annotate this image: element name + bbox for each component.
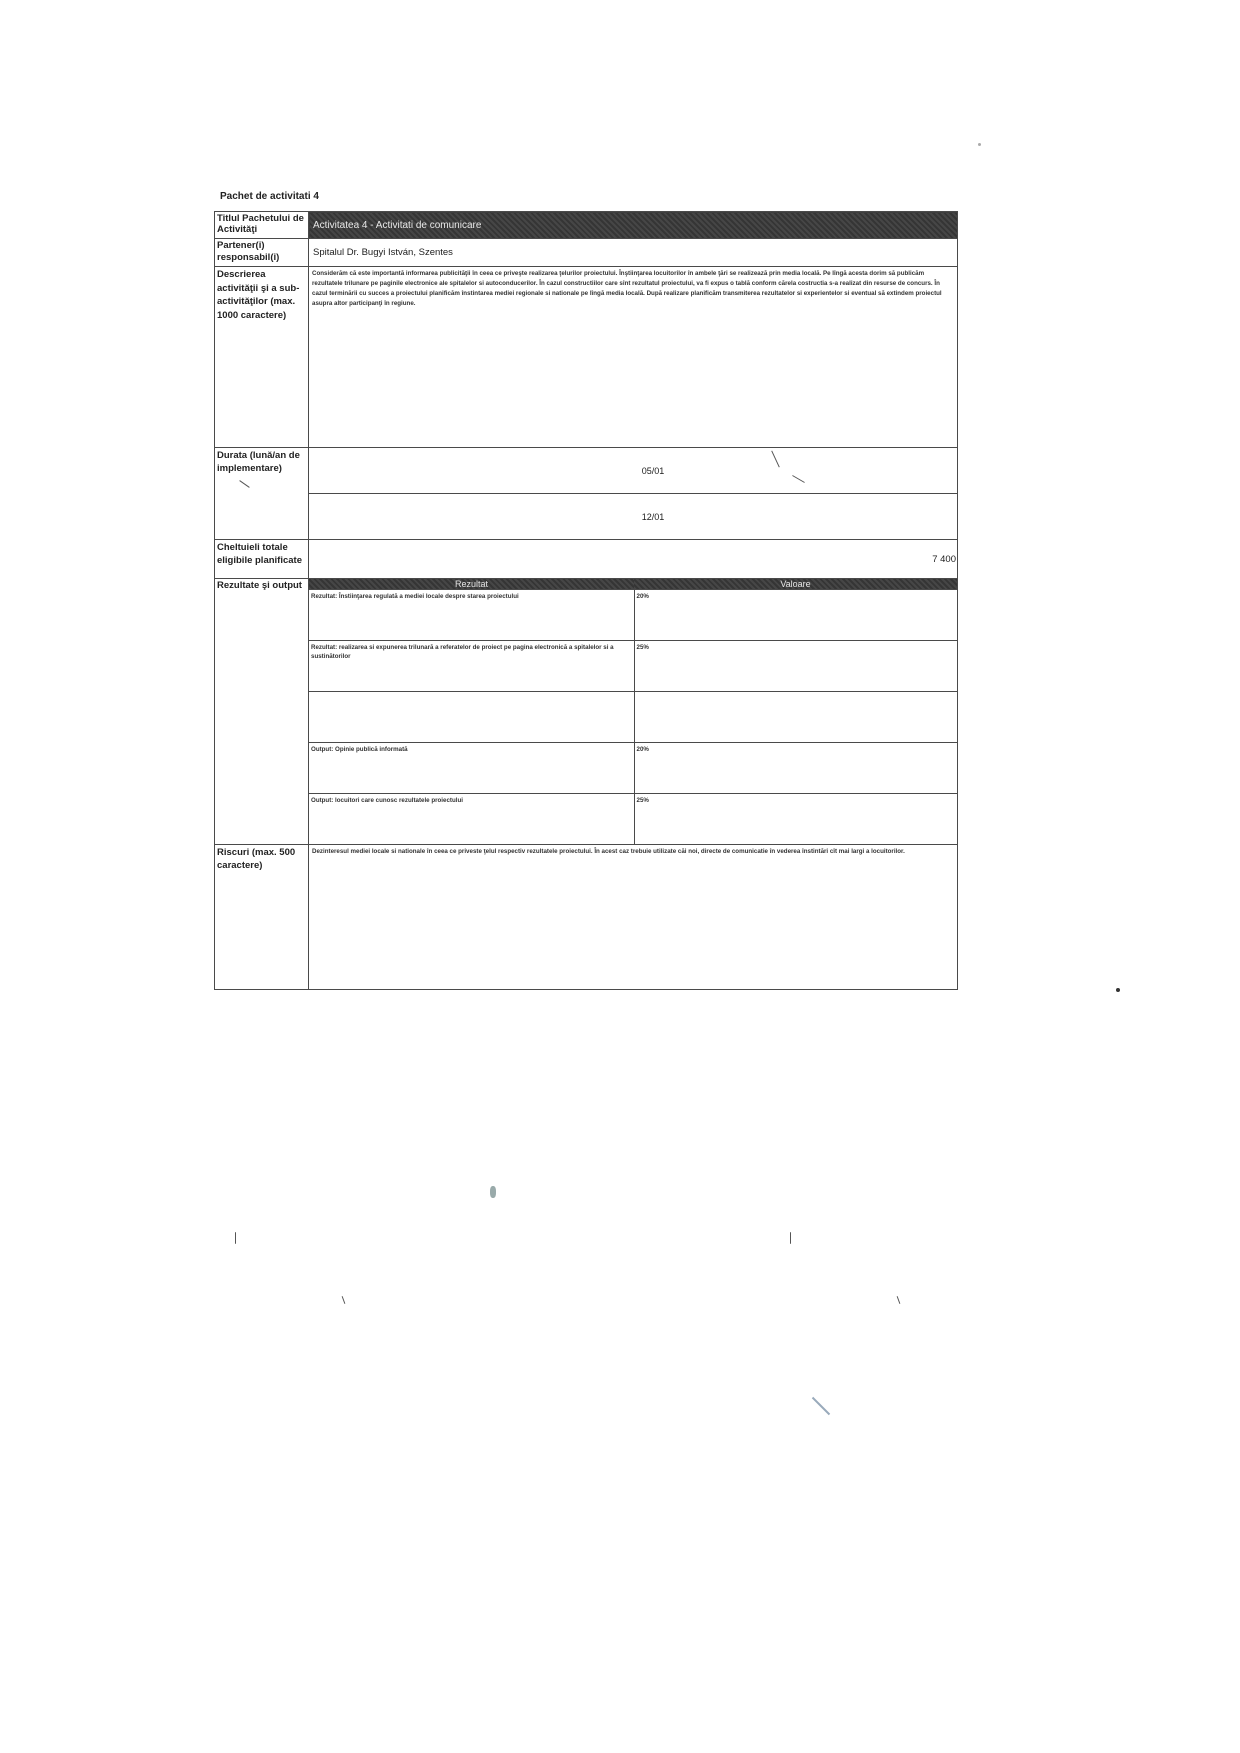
- title-value: Activitatea 4 - Activitati de comunicare: [309, 212, 958, 239]
- risks-label: Riscuri (max. 500 caractere): [215, 845, 309, 990]
- result-text: Rezultat: realizarea si expunerea trilun…: [309, 641, 634, 692]
- duration-start: 05/01: [642, 466, 665, 476]
- activity-package-table: Titlul Pachetului de Activităţi Activita…: [214, 211, 958, 990]
- risks-value: Dezinteresul mediei locale si nationale …: [309, 845, 958, 990]
- scan-mark: [235, 1232, 236, 1244]
- description-value: Considerăm că este importantă informarea…: [309, 267, 958, 448]
- duration-end: 12/01: [642, 512, 665, 522]
- result-row: Rezultat: Înstiinţarea regulată a mediei…: [309, 590, 957, 641]
- result-row: [309, 692, 957, 743]
- result-text: Rezultat: Înstiinţarea regulată a mediei…: [309, 590, 634, 641]
- output-value: 20%: [634, 743, 957, 794]
- result-value: 20%: [634, 590, 957, 641]
- scan-mark: [790, 1232, 791, 1244]
- output-value: 25%: [634, 794, 957, 845]
- duration-start-cell: 05/01: [309, 448, 958, 494]
- result-column-header: Rezultat: [309, 579, 634, 590]
- row-partner: Partener(i) responsabil(i) Spitalul Dr. …: [215, 239, 958, 267]
- duration-label: Durata (lună/an de implementare): [215, 448, 309, 540]
- output-row: Output: Opinie publică informată 20%: [309, 743, 957, 794]
- row-duration-end: 12/01: [215, 494, 958, 540]
- result-row: Rezultat: realizarea si expunerea trilun…: [309, 641, 957, 692]
- results-header: Rezultat Valoare: [309, 579, 957, 590]
- row-description: Descrierea activităţii şi a sub-activită…: [215, 267, 958, 448]
- scan-mark: [342, 1296, 346, 1304]
- output-text: Output: locuitori care cunosc rezultatel…: [309, 794, 634, 845]
- scan-speck: [490, 1186, 496, 1198]
- row-title: Titlul Pachetului de Activităţi Activita…: [215, 212, 958, 239]
- value-column-header: Valoare: [634, 579, 957, 590]
- page-heading: Pachet de activitati 4: [220, 191, 319, 202]
- results-cell: Rezultat Valoare Rezultat: Înstiinţarea …: [309, 579, 958, 845]
- results-table: Rezultat Valoare Rezultat: Înstiinţarea …: [309, 579, 957, 844]
- results-label: Rezultate şi output: [215, 579, 309, 845]
- row-risks: Riscuri (max. 500 caractere) Dezinteresu…: [215, 845, 958, 990]
- costs-value: 7 400: [309, 540, 958, 579]
- result-value: 25%: [634, 641, 957, 692]
- costs-label: Cheltuieli totale eligibile planificate: [215, 540, 309, 579]
- partner-label: Partener(i) responsabil(i): [215, 239, 309, 267]
- scan-mark: [897, 1296, 901, 1304]
- scan-mark: [812, 1397, 830, 1415]
- result-text: [309, 692, 634, 743]
- output-row: Output: locuitori care cunosc rezultatel…: [309, 794, 957, 845]
- row-costs: Cheltuieli totale eligibile planificate …: [215, 540, 958, 579]
- description-label: Descrierea activităţii şi a sub-activită…: [215, 267, 309, 448]
- result-value: [634, 692, 957, 743]
- row-results: Rezultate şi output Rezultat Valoare Rez…: [215, 579, 958, 845]
- output-text: Output: Opinie publică informată: [309, 743, 634, 794]
- scan-speck: [978, 143, 981, 146]
- duration-end-cell: 12/01: [309, 494, 958, 540]
- row-duration-start: Durata (lună/an de implementare) 05/01: [215, 448, 958, 494]
- scan-speck: [1116, 988, 1120, 992]
- title-label: Titlul Pachetului de Activităţi: [215, 212, 309, 239]
- partner-value: Spitalul Dr. Bugyi István, Szentes: [309, 239, 958, 267]
